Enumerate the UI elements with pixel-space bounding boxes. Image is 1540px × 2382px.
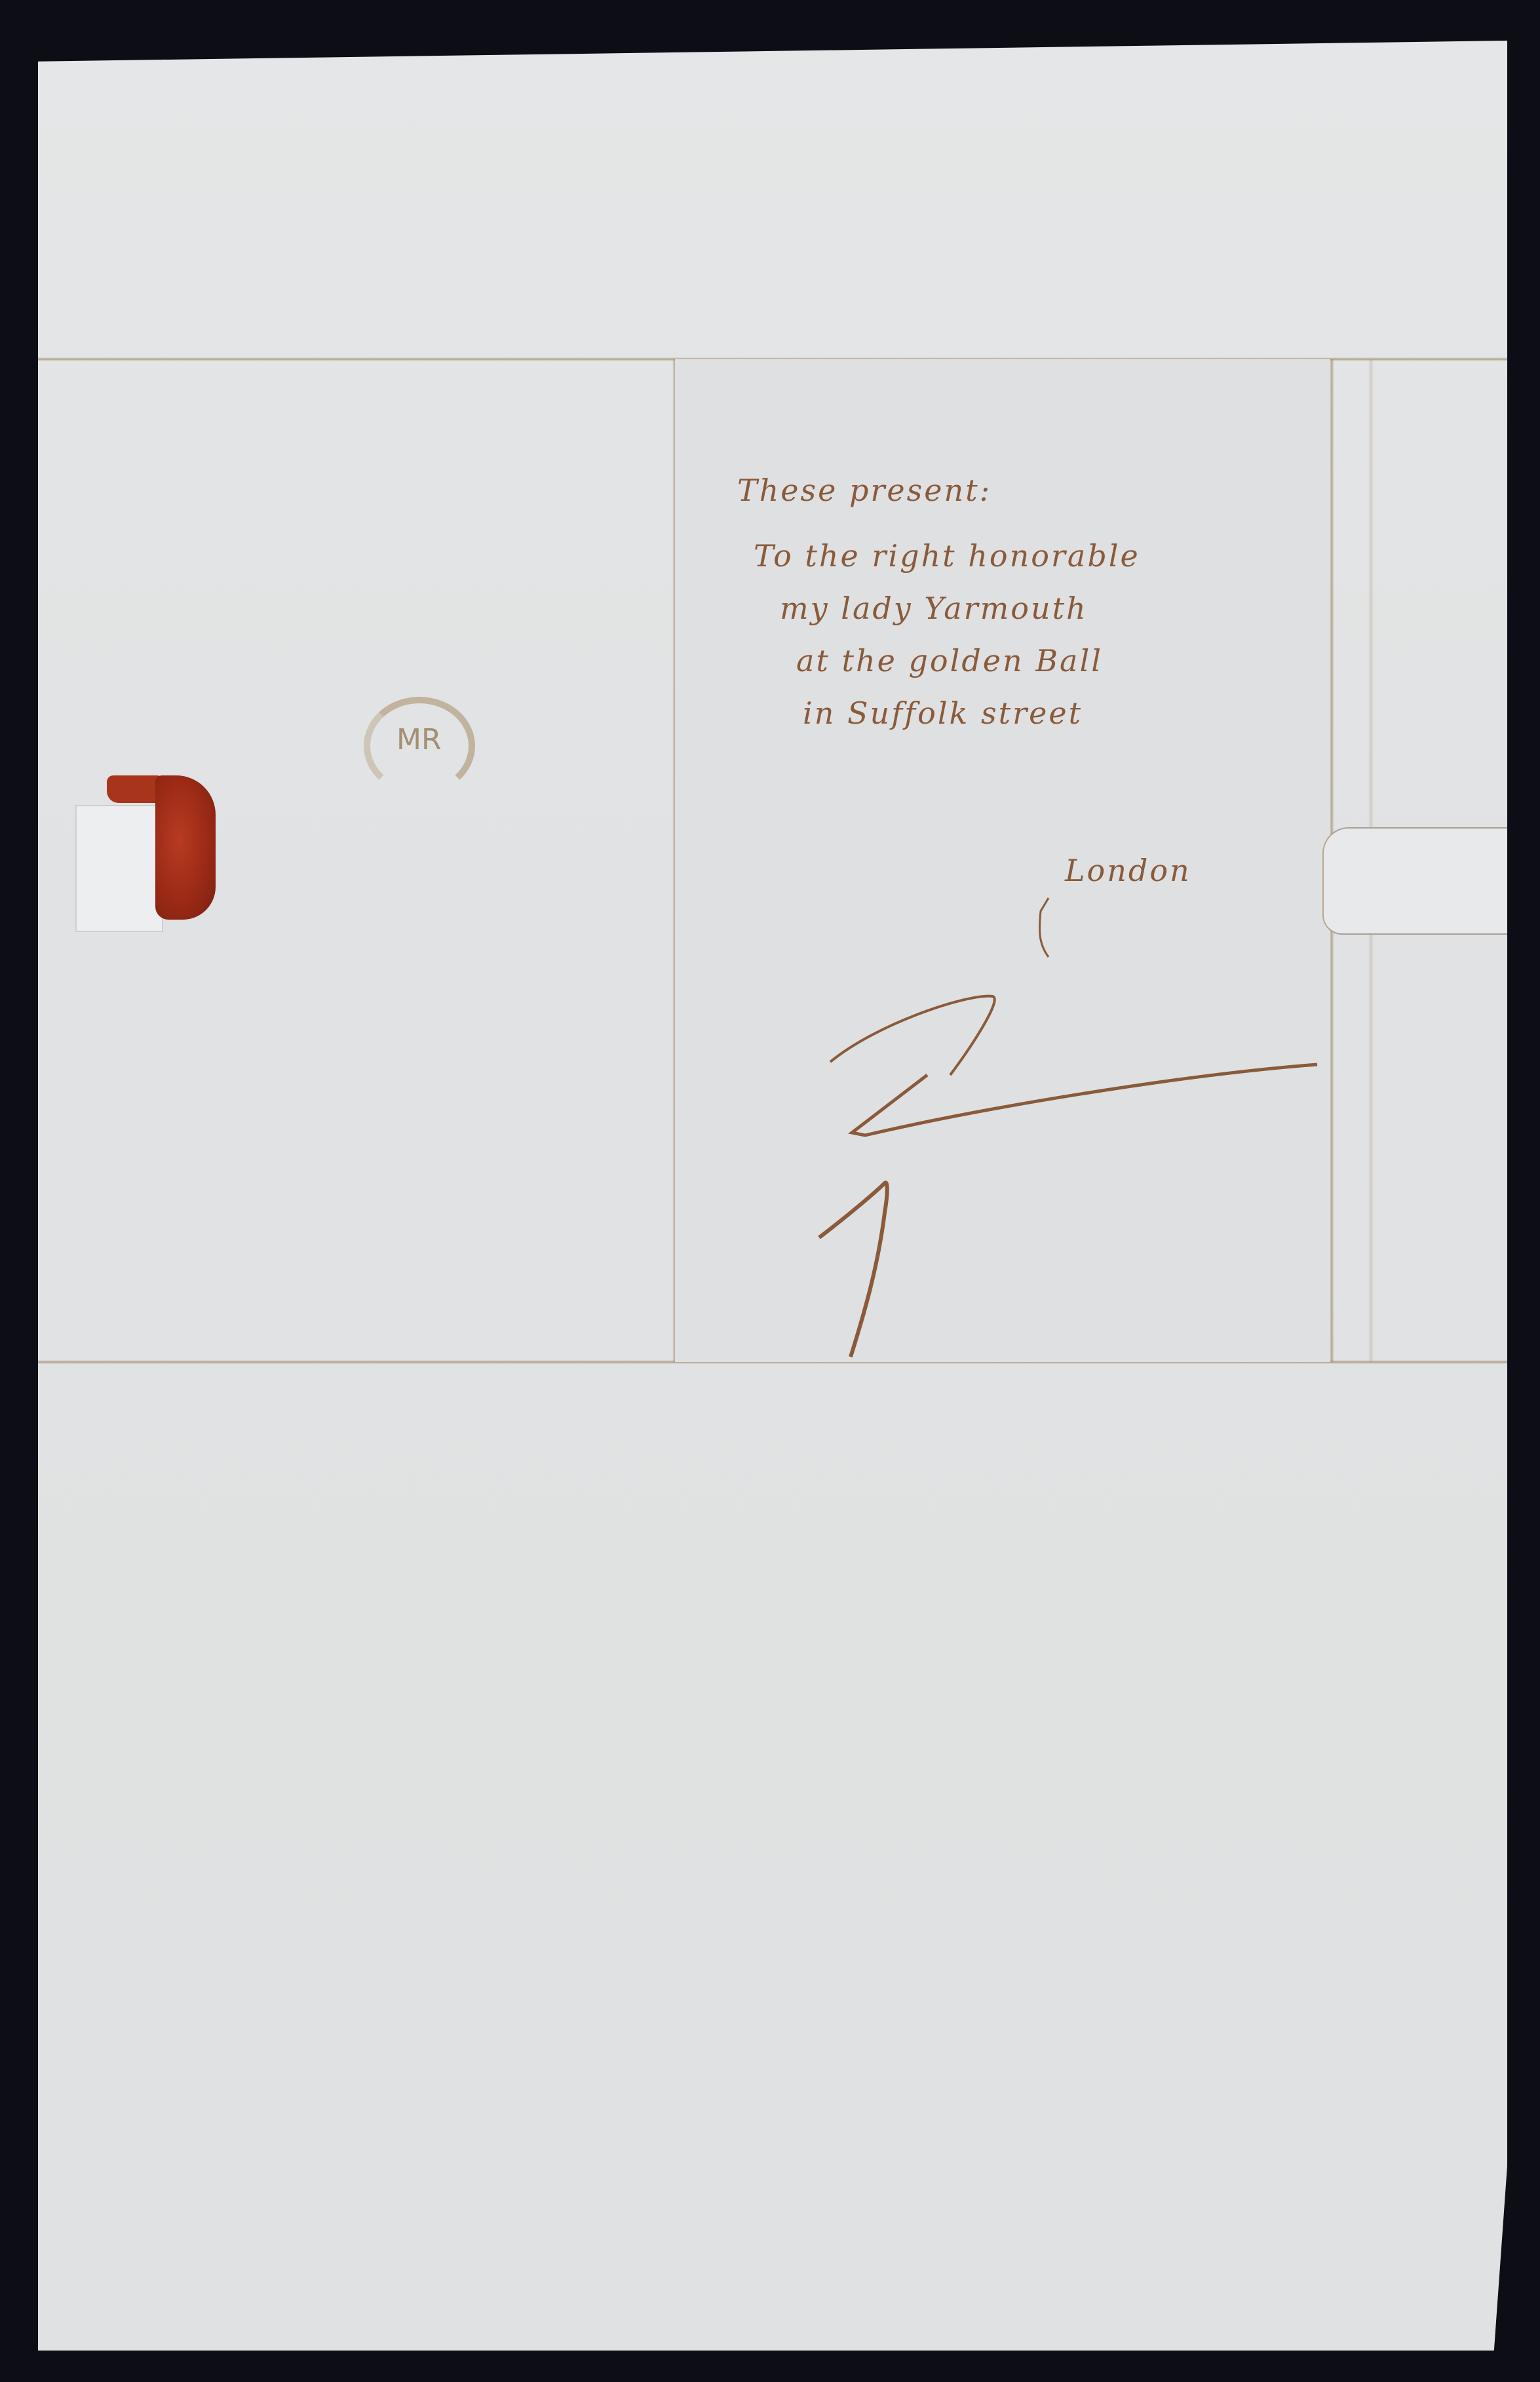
pen-flourish-strokes: [0, 0, 1540, 2382]
